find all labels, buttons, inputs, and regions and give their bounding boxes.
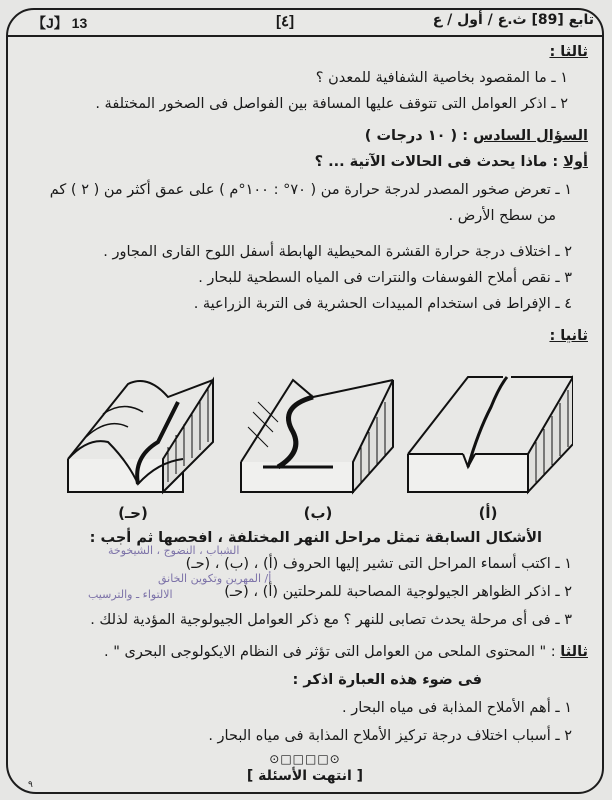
figure-label: (حـ) — [48, 504, 218, 522]
question-item: ٣ ـ نقص أملاح الفوسفات والنترات فى الميا… — [198, 270, 572, 286]
exam-page: 【J】 13 [٤] تابع [89] ث.ع / أول / ع ثالثا… — [6, 8, 604, 794]
part-one-prompt: : ماذا يحدث فى الحالات الآتية ... ؟ — [315, 154, 559, 170]
figure-mature-stage: (ب) — [233, 372, 403, 522]
question-six-heading: السؤال السادس : ( ١٠ درجات ) — [365, 128, 588, 144]
page-header: 【J】 13 [٤] تابع [89] ث.ع / أول / ع — [8, 10, 602, 37]
handwritten-answer: أ/ المهرين وتكوين الخانق — [158, 572, 271, 585]
exam-code: 【J】 13 — [32, 13, 87, 33]
question-item-continued: من سطح الأرض . — [449, 208, 556, 224]
part-three-quote: : " المحتوى الملحى من العوامل التى تؤثر … — [104, 644, 556, 660]
question-item: ٢ ـ اختلاف درجة حرارة القشرة المحيطية ال… — [103, 244, 572, 260]
part-three-title: ثالثا — [560, 644, 588, 660]
question-item: ١ ـ أهم الأملاح المذابة فى مياه البحار . — [342, 700, 572, 716]
part-two-title: ثانيا : — [549, 328, 588, 344]
page-number: [٤] — [276, 12, 294, 30]
question-six-title: السؤال السادس — [473, 128, 588, 144]
figure-old-stage: (حـ) — [48, 372, 218, 522]
subject-label: تابع [89] ث.ع / أول / ع — [433, 12, 594, 28]
question-item: ١ ـ اكتب أسماء المراحل التى تشير إليها ا… — [186, 556, 572, 572]
river-mature-stage-icon — [233, 372, 403, 497]
part-one-title: أولا — [563, 154, 588, 170]
question-item: ٢ ـ اذكر العوامل التى تتوقف عليها المساف… — [95, 96, 568, 112]
end-of-questions: [ انتهت الأسئلة ] — [8, 768, 602, 784]
question-item: ٢ ـ اذكر الظواهر الجيولوجية المصاحبة للم… — [224, 584, 572, 600]
part-three-heading: ثالثا : " المحتوى الملحى من العوامل التى… — [104, 644, 588, 660]
question-item: ٢ ـ أسباب اختلاف درجة تركيز الأملاح المذ… — [208, 728, 572, 744]
section-third-title: ثالثا : — [549, 44, 588, 60]
question-item: ١ ـ تعرض صخور المصدر لدرجة حرارة من ( ٧٠… — [50, 182, 572, 198]
river-stages-figures: (حـ) (ب) — [48, 372, 588, 522]
handwritten-answer: الالتواء ـ والترسيب — [88, 588, 173, 601]
figure-label: (أ) — [403, 504, 573, 522]
question-item: ١ ـ ما المقصود بخاصية الشفافية للمعدن ؟ — [316, 70, 568, 86]
part-one-heading: أولا : ماذا يحدث فى الحالات الآتية ... ؟ — [315, 154, 588, 170]
figure-label: (ب) — [233, 504, 403, 522]
question-item: ٣ ـ فى أى مرحلة يحدث تصابى للنهر ؟ مع ذك… — [90, 612, 572, 628]
figure-youth-stage: (أ) — [403, 372, 573, 522]
handwritten-answer: الشباب ، النضوج ، الشيخوخة — [108, 544, 239, 557]
end-ornament: ⊙□□□□⊙ — [8, 752, 602, 766]
river-youth-stage-icon — [403, 372, 573, 497]
question-six-marks: : ( ١٠ درجات ) — [365, 128, 468, 144]
river-old-stage-icon — [48, 372, 218, 497]
question-item: ٤ ـ الإفراط فى استخدام المبيدات الحشرية … — [194, 296, 572, 312]
part-three-prompt: فى ضوء هذه العبارة اذكر : — [293, 672, 482, 688]
footer-page-number: ٩ — [28, 780, 33, 790]
